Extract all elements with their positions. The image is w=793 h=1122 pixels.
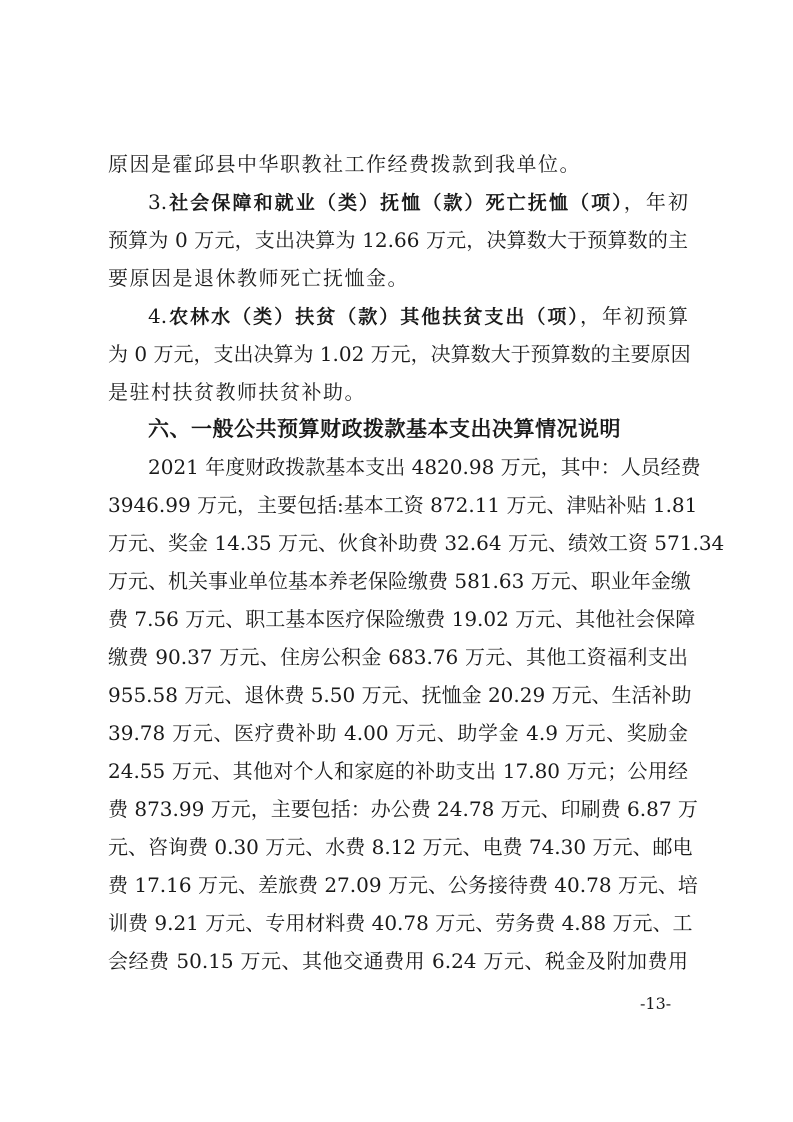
item-3-heading-line: 3.社会保障和就业（类）抚恤（款）死亡抚恤（项），年初 [148,183,688,221]
item-number: 4. [148,304,167,328]
paragraph-line: 元、咨询费 0.30 万元、水费 8.12 万元、电费 74.30 万元、邮电 [108,828,688,866]
item-suffix: ，年初 [624,190,688,214]
paragraph-line: 费 17.16 万元、差旅费 27.09 万元、公务接待费 40.78 万元、培 [108,866,688,904]
paragraph-line: 要原因是退休教师死亡抚恤金。 [108,259,688,297]
item-title-bold: 农林水（类）扶贫（款）其他扶贫支出（项） [167,306,580,328]
paragraph-line: 训费 9.21 万元、专用材料费 40.78 万元、劳务费 4.88 万元、工 [108,904,688,942]
paragraph-line: 39.78 万元、医疗费补助 4.00 万元、助学金 4.9 万元、奖励金 [108,714,688,752]
paragraph-line: 955.58 万元、退休费 5.50 万元、抚恤金 20.29 万元、生活补助 [108,676,688,714]
paragraph-line: 3946.99 万元，主要包括:基本工资 872.11 万元、津贴补贴 1.81 [108,486,688,524]
paragraph-line: 是驻村扶贫教师扶贫补助。 [108,373,688,411]
section-heading: 六、一般公共预算财政拨款基本支出决算情况说明 [148,410,688,448]
paragraph-line: 会经费 50.15 万元、其他交通费用 6.24 万元、税金及附加费用 [108,942,688,980]
item-4-heading-line: 4.农林水（类）扶贫（款）其他扶贫支出（项），年初预算 [148,297,688,335]
paragraph-line: 24.55 万元、其他对个人和家庭的补助支出 17.80 万元；公用经 [108,752,688,790]
item-title-bold: 社会保障和就业（类）抚恤（款）死亡抚恤（项） [167,192,624,214]
page-number: -13- [640,994,671,1013]
item-suffix: ，年初预算 [580,304,688,328]
document-page: 原因是霍邱县中华职教社工作经费拨款到我单位。 3.社会保障和就业（类）抚恤（款）… [0,0,793,1122]
paragraph-line: 原因是霍邱县中华职教社工作经费拨款到我单位。 [108,145,688,183]
paragraph-line: 缴费 90.37 万元、住房公积金 683.76 万元、其他工资福利支出 [108,638,688,676]
paragraph-line: 费 7.56 万元、职工基本医疗保险缴费 19.02 万元、其他社会保障 [108,600,688,638]
paragraph-line: 为 0 万元，支出决算为 1.02 万元，决算数大于预算数的主要原因 [108,335,688,373]
item-number: 3. [148,190,167,214]
paragraph-line: 预算为 0 万元，支出决算为 12.66 万元，决算数大于预算数的主 [108,221,688,259]
paragraph-line: 2021 年度财政拨款基本支出 4820.98 万元，其中：人员经费 [148,448,688,486]
paragraph-line: 万元、奖金 14.35 万元、伙食补助费 32.64 万元、绩效工资 571.3… [108,524,688,562]
paragraph-line: 万元、机关事业单位基本养老保险缴费 581.63 万元、职业年金缴 [108,562,688,600]
paragraph-line: 费 873.99 万元，主要包括：办公费 24.78 万元、印刷费 6.87 万 [108,790,688,828]
